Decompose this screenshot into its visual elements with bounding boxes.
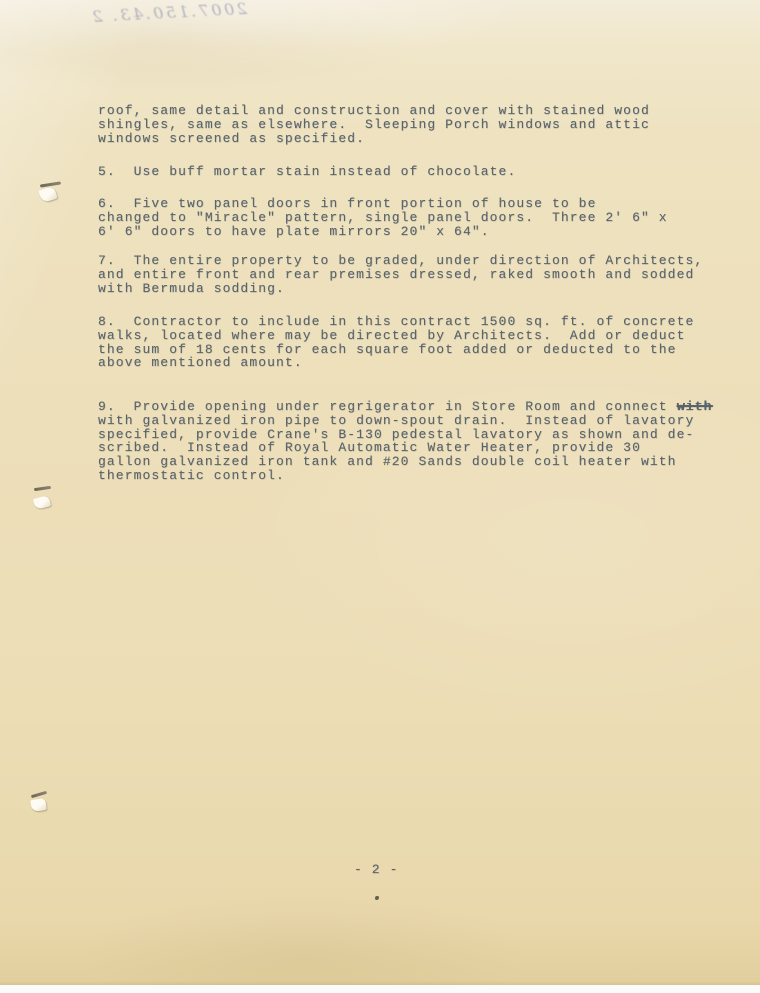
paper-sheet: 2007.150.43. 2 roof, same detail and con…	[0, 0, 760, 985]
spec-item-7: 7. The entire property to be graded, und…	[98, 254, 748, 295]
tear-shadow	[31, 791, 47, 798]
tear-flap	[38, 186, 57, 203]
accession-number-bleedthrough: 2007.150.43. 2	[52, 0, 248, 28]
page-number: - 2 -	[354, 862, 399, 877]
spec-item-6: 6. Five two panel doors in front portion…	[98, 197, 748, 238]
paragraph-roof-continuation: roof, same detail and construction and c…	[98, 104, 748, 145]
staple-tear-mark	[34, 181, 62, 209]
staple-tear-mark	[28, 790, 54, 820]
tear-flap	[33, 495, 51, 510]
ink-speck	[375, 896, 379, 900]
spec-item-9-line1: 9. Provide opening under regrigerator in…	[98, 399, 677, 414]
tear-flap	[30, 798, 47, 812]
spec-item-8: 8. Contractor to include in this contrac…	[98, 315, 748, 370]
struck-out-word: with	[677, 399, 713, 414]
scanner-background	[0, 985, 760, 993]
spec-item-9: 9. Provide opening under regrigerator in…	[98, 400, 748, 483]
spec-item-9-rest: with galvanized iron pipe to down-spout …	[98, 414, 748, 483]
spec-item-5: 5. Use buff mortar stain instead of choc…	[98, 165, 748, 179]
tear-shadow	[34, 486, 51, 491]
scanned-document: 2007.150.43. 2 roof, same detail and con…	[0, 0, 760, 993]
staple-tear-mark	[30, 484, 58, 516]
